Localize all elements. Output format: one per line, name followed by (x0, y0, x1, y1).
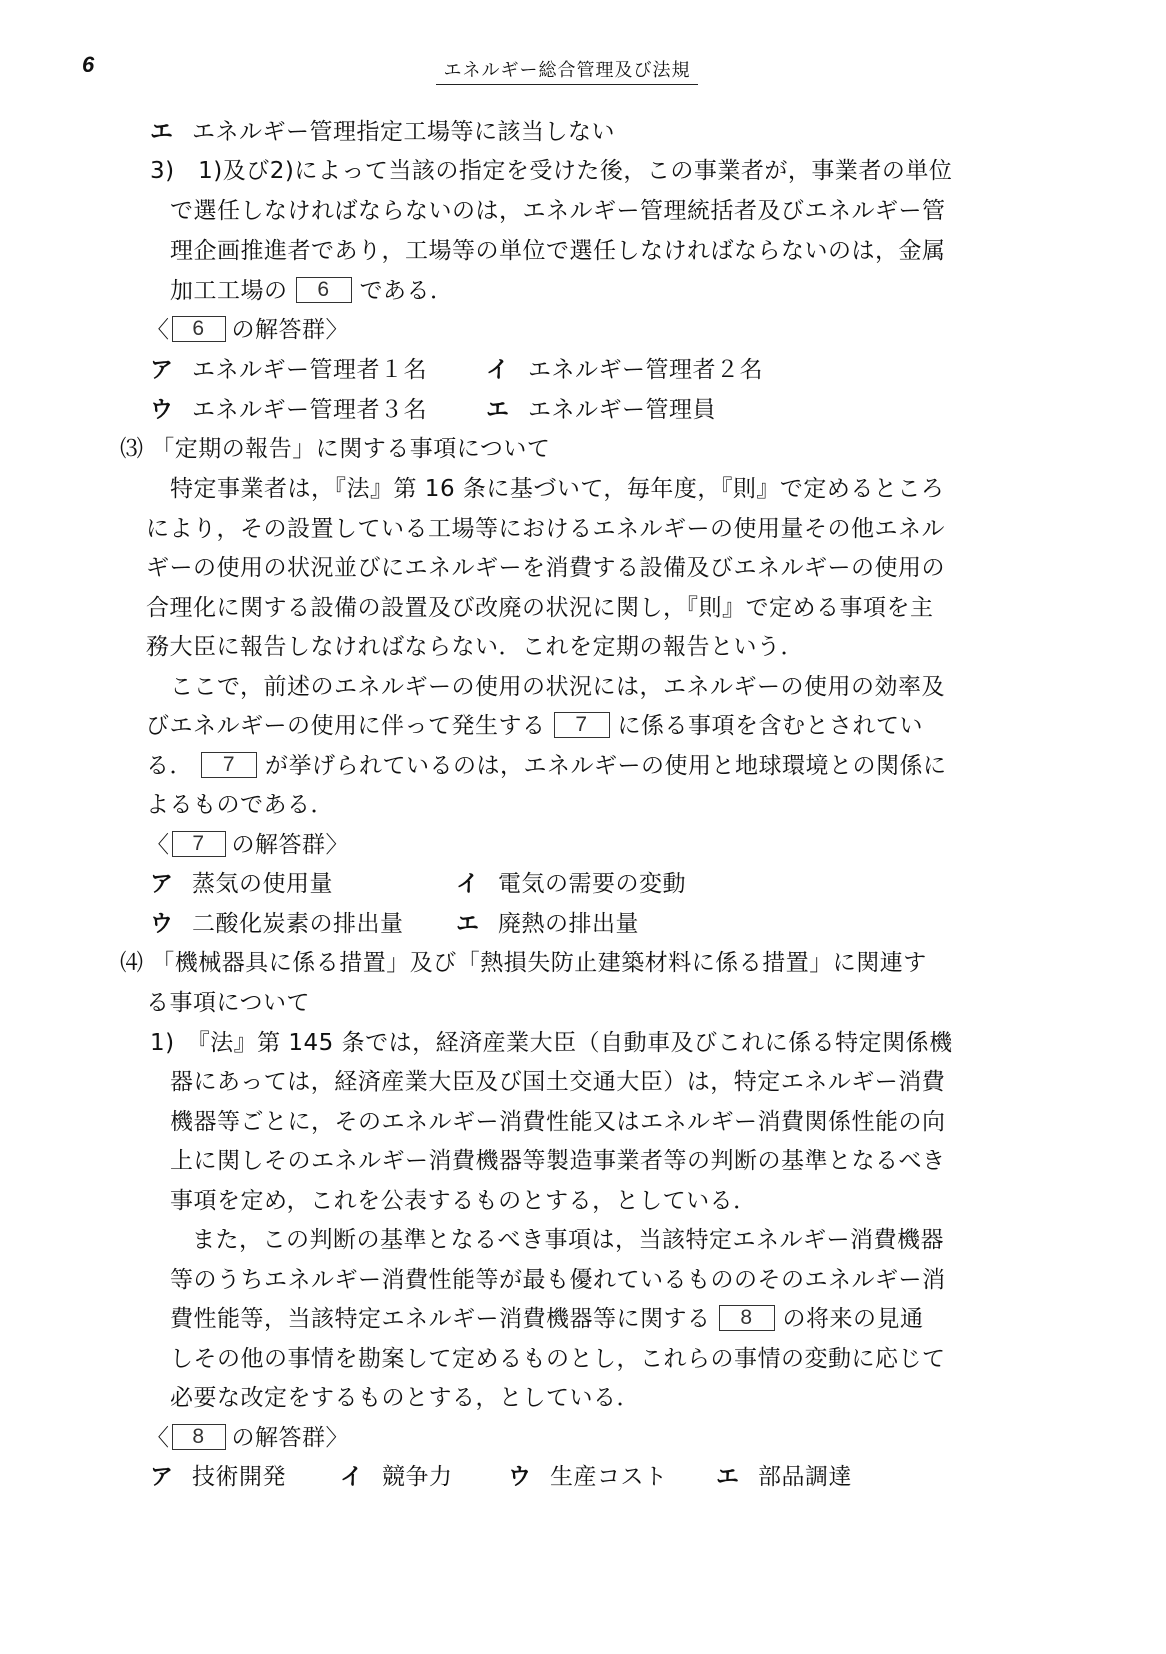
answer-row: ア技術開発イ競争力ウ生産コストエ部品調達 (150, 1462, 852, 1492)
section4-para: しその他の事情を勘案して定めるものとし，これらの事情の変動に応じて (170, 1344, 946, 1374)
option-mark: イ (486, 355, 528, 385)
section3-para: 合理化に関する設備の設置及び改廃の状況に関し，『則』で定める事項を主 (146, 593, 934, 623)
section3-heading: ⑶ 「定期の報告」に関する事項について (120, 434, 550, 464)
option-mark: イ (456, 869, 498, 899)
blank-box-8: 8 (719, 1305, 775, 1331)
answer-option-a[interactable]: アエネルギー管理者１名 (150, 355, 486, 385)
running-title: エネルギー総合管理及び法規 (436, 56, 698, 85)
section4-heading: ⑷ 「機械器具に係る措置」及び「熱損失防止建築材料に係る措置」に関連す (120, 948, 927, 978)
item3-line: で選任しなければならないのは，エネルギー管理統括者及びエネルギー管 (170, 196, 946, 226)
option-mark: ウ (150, 395, 192, 425)
answer-group-label-6: 〈6の解答群〉 (146, 315, 349, 345)
section3-para: により，その設置している工場等におけるエネルギーの使用量その他エネル (146, 514, 945, 544)
blank-box-7: 7 (554, 712, 610, 738)
blank-box-7: 7 (201, 752, 257, 778)
option-mark: エ (716, 1462, 758, 1492)
section4-item1: 上に関しそのエネルギー消費機器等製造事業者等の判断の基準となるべき (170, 1146, 946, 1176)
answer-option-i[interactable]: イ競争力 (340, 1462, 508, 1492)
option-mark: ウ (508, 1462, 550, 1492)
section4-para: 費性能等，当該特定エネルギー消費機器等に関する8の将来の見通 (170, 1304, 924, 1334)
option-mark: イ (340, 1462, 382, 1492)
section3-para: 特定事業者は，『法』第 16 条に基づいて，毎年度，『則』で定めるところ (170, 474, 944, 504)
option-mark: エ (456, 909, 498, 939)
answer-option-e[interactable]: エ部品調達 (716, 1462, 852, 1492)
answer-option-e[interactable]: エ廃熱の排出量 (456, 909, 639, 939)
answer-option-u[interactable]: ウ生産コスト (508, 1462, 716, 1492)
answer-option-i[interactable]: イエネルギー管理者２名 (486, 355, 763, 385)
answer-row: ア蒸気の使用量イ電気の需要の変動 (150, 869, 686, 899)
item3-line: 理企画推進者であり，工場等の単位で選任しなければならないのは，金属 (170, 236, 946, 266)
page-number: 6 (82, 52, 94, 78)
section4-item1: 器にあっては，経済産業大臣及び国土交通大臣）は，特定エネルギー消費 (170, 1067, 945, 1097)
item3-line: 加工工場の6である． (170, 276, 454, 306)
option-mark: エ (486, 395, 528, 425)
section3-para: よるものである． (146, 790, 334, 820)
blank-box-6: 6 (296, 277, 352, 303)
blank-box-7: 7 (172, 831, 226, 857)
answer-option-u[interactable]: ウエネルギー管理者３名 (150, 395, 486, 425)
answer-row: ウエネルギー管理者３名エエネルギー管理員 (150, 395, 716, 425)
answer-row: ウ二酸化炭素の排出量エ廃熱の排出量 (150, 909, 639, 939)
answer-group-label-8: 〈8の解答群〉 (146, 1423, 349, 1453)
answer-group-label-7: 〈7の解答群〉 (146, 830, 349, 860)
section4-item1: 機器等ごとに，そのエネルギー消費性能又はエネルギー消費関係性能の向 (170, 1107, 946, 1137)
section4-heading: る事項について (146, 988, 310, 1018)
answer-option-e[interactable]: エエネルギー管理員 (486, 395, 716, 425)
option-text: エネルギー管理指定工場等に該当しない (192, 119, 615, 145)
section4-para: また，この判断の基準となるべき事項は，当該特定エネルギー消費機器 (192, 1225, 944, 1255)
option-mark: ア (150, 355, 192, 385)
section4-item1: 事項を定め，これを公表するものとする，としている． (170, 1186, 757, 1216)
option-mark: ア (150, 869, 192, 899)
blank-box-8: 8 (172, 1424, 226, 1450)
section3-para: ギーの使用の状況並びにエネルギーを消費する設備及びエネルギーの使用の (146, 553, 945, 583)
answer-option-i[interactable]: イ電気の需要の変動 (456, 869, 686, 899)
section3-para: 務大臣に報告しなければならない．これを定期の報告という． (146, 632, 804, 662)
section4-para: 等のうちエネルギー消費性能等が最も優れているもののそのエネルギー消 (170, 1265, 946, 1295)
section4-item1: 1) 『法』第 145 条では，経済産業大臣（自動車及びこれに係る特定関係機 (150, 1028, 953, 1058)
section3-para: ここで，前述のエネルギーの使用の状況には，エネルギーの使用の効率及 (170, 672, 945, 702)
prev-option: エエネルギー管理指定工場等に該当しない (150, 117, 615, 147)
answer-option-u[interactable]: ウ二酸化炭素の排出量 (150, 909, 456, 939)
answer-row: アエネルギー管理者１名イエネルギー管理者２名 (150, 355, 763, 385)
section3-para: る．7が挙げられているのは，エネルギーの使用と地球環境との関係に (146, 751, 947, 781)
blank-box-6: 6 (172, 316, 226, 342)
answer-option-a[interactable]: ア蒸気の使用量 (150, 869, 456, 899)
section4-para: 必要な改定をするものとする，としている． (170, 1383, 640, 1413)
answer-option-a[interactable]: ア技術開発 (150, 1462, 340, 1492)
item3-line: 3) 1)及び2)によって当該の指定を受けた後，この事業者が，事業者の単位 (150, 156, 952, 186)
section3-para: びエネルギーの使用に伴って発生する7に係る事項を含むとされてい (146, 711, 923, 741)
option-mark: ウ (150, 909, 192, 939)
option-mark: エ (150, 117, 192, 147)
option-mark: ア (150, 1462, 192, 1492)
